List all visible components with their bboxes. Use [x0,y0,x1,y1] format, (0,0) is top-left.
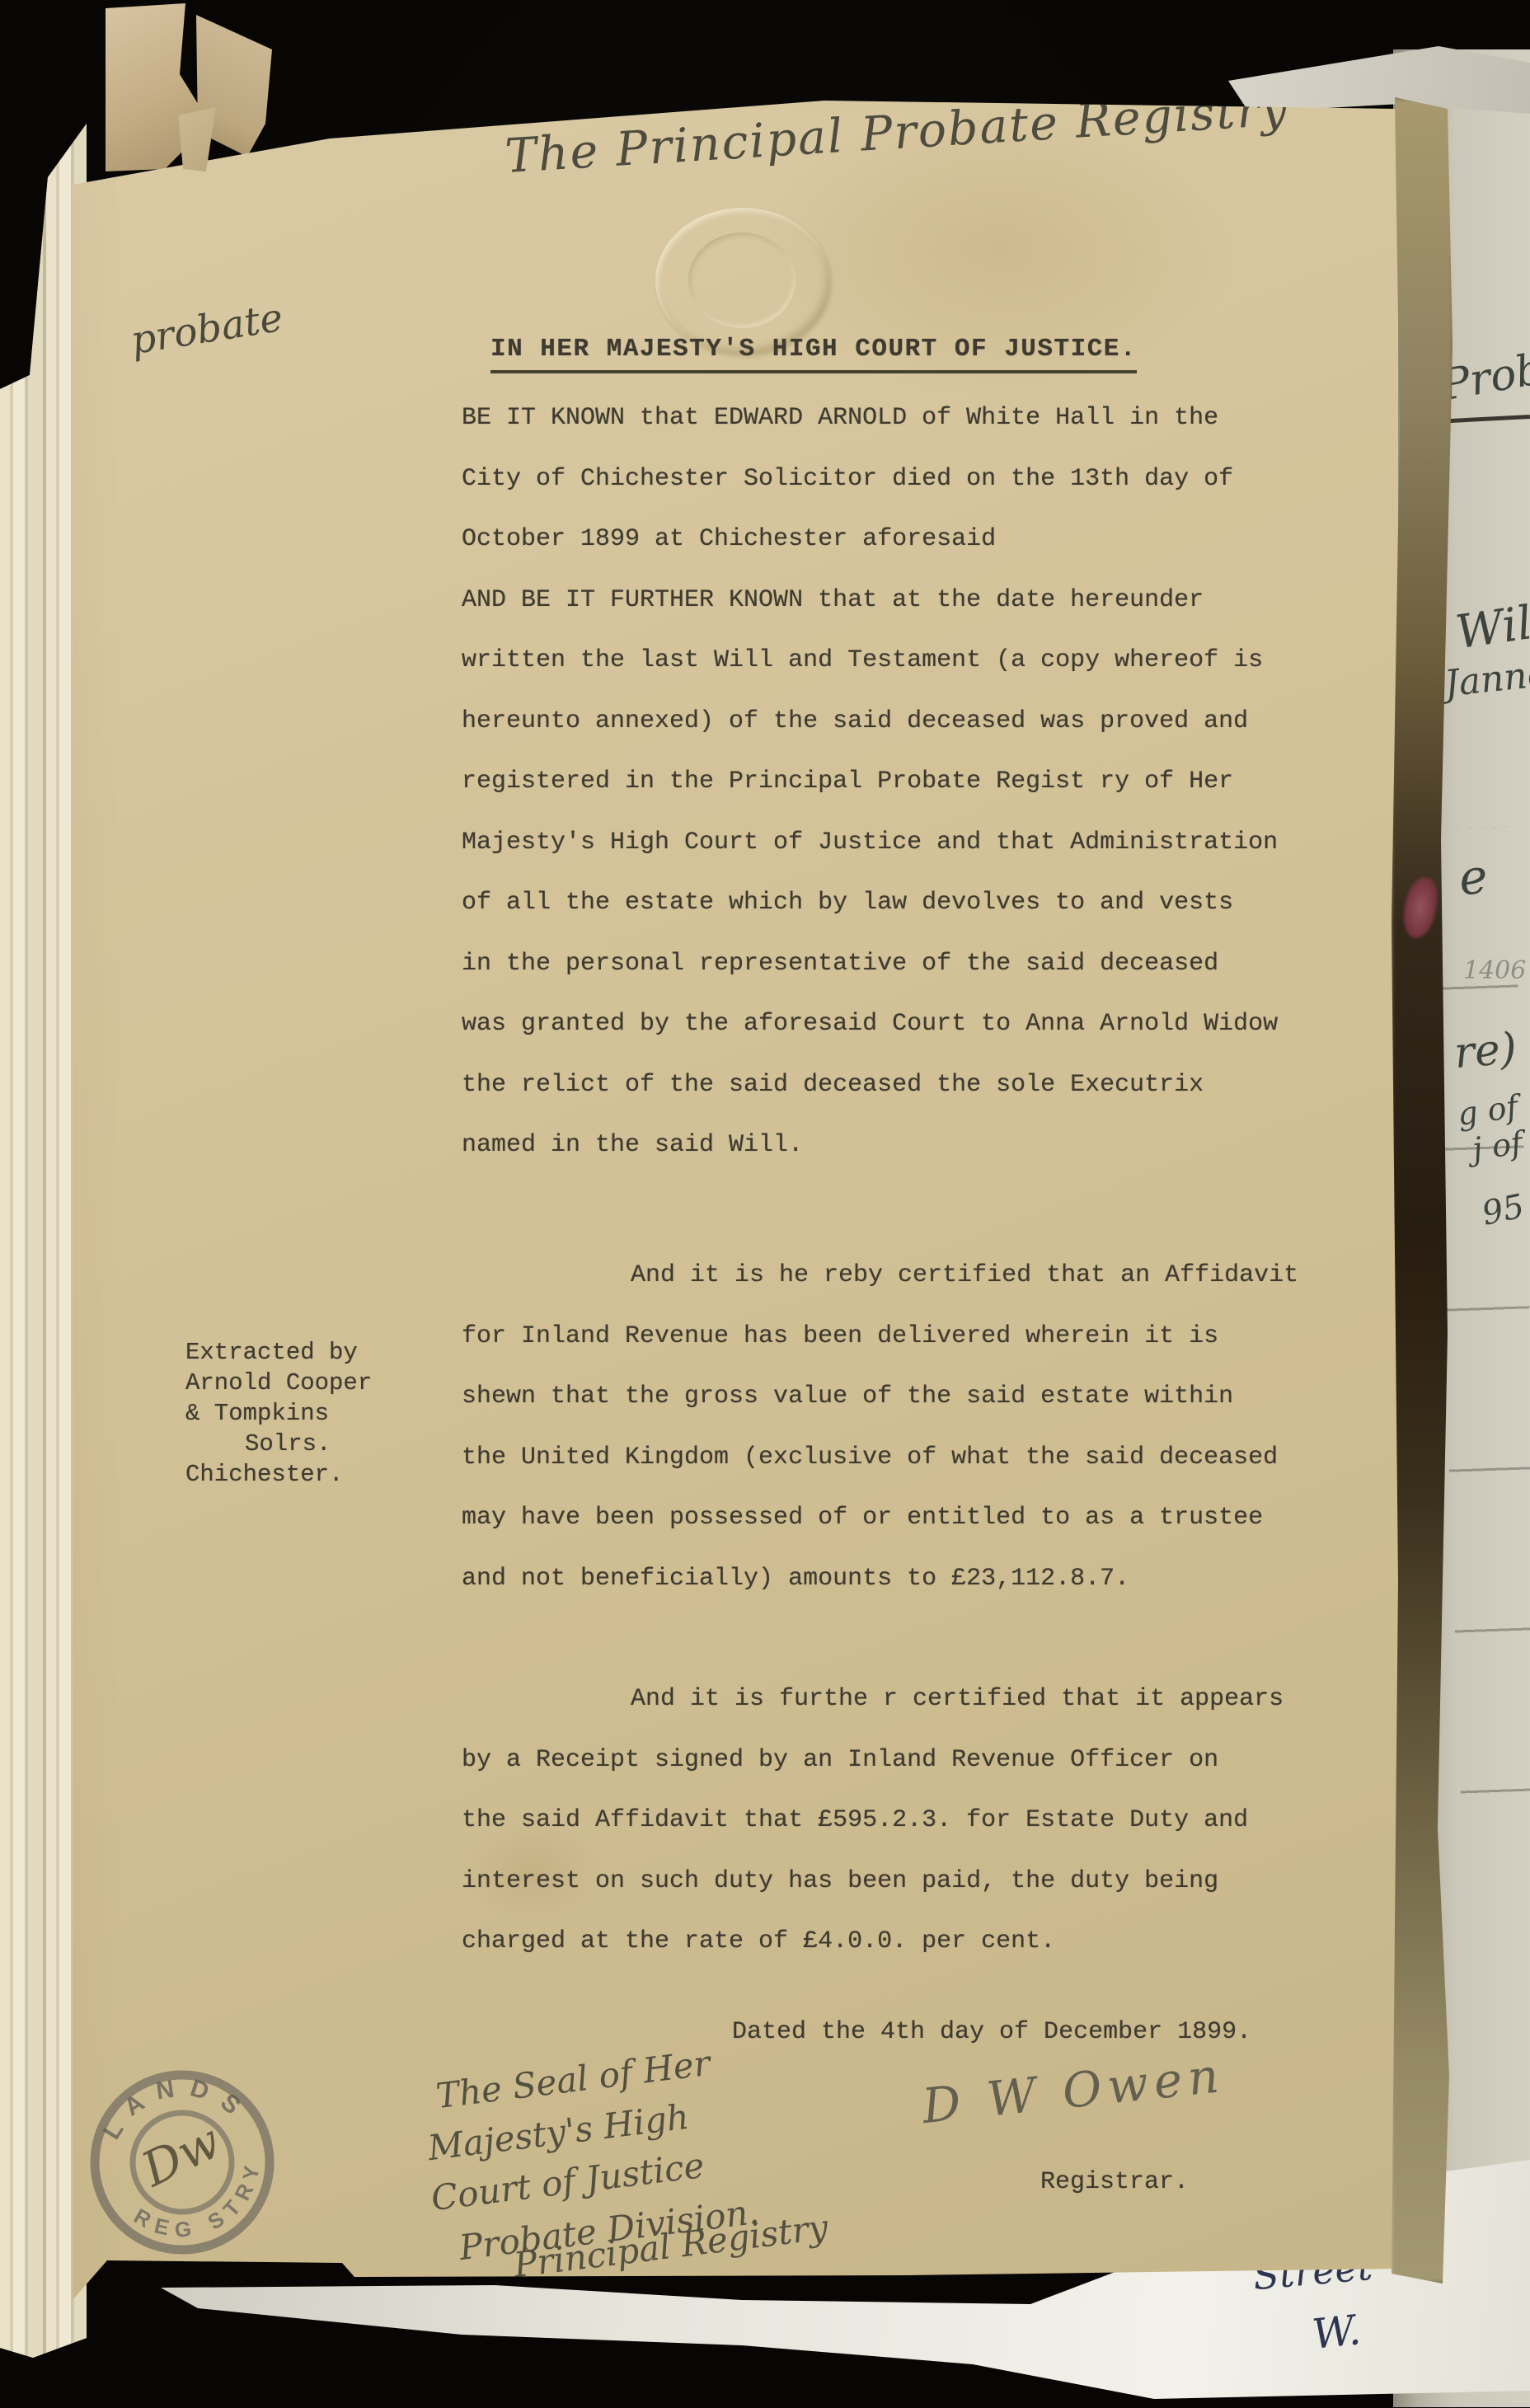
registrar-signature: D W Owen [919,2047,1227,2134]
paragraph-3: And it is furthe r certified that it app… [462,1669,1284,1973]
lands-registry-stamp: LANDS REG STRY Dw [60,2040,305,2285]
margin-note-line: & Tompkins [185,1398,372,1429]
typed-line: and not beneficially) amounts to £23,112… [462,1549,1298,1610]
typed-line: written the last Will and Testament (a c… [462,631,1278,692]
embossed-seal-inner [688,232,796,328]
typed-line: October 1899 at Chichester aforesaid [462,509,1278,570]
typed-line: shewn that the gross value of the said e… [462,1367,1298,1428]
court-heading: IN HER MAJESTY'S HIGH COURT OF JUSTICE. [490,335,1137,373]
typed-line: was granted by the aforesaid Court to An… [462,994,1278,1055]
margin-note-line: Chichester. [185,1459,372,1490]
dated-line: Dated the 4th day of December 1899. [732,2018,1251,2046]
typed-line: in the personal representative of the sa… [462,934,1278,995]
margin-note-line: Arnold Cooper [185,1368,372,1398]
typed-line: City of Chichester Solicitor died on the… [462,449,1278,510]
typed-line: hereunto annexed) of the said deceased w… [462,692,1278,753]
typed-line: named in the said Will. [462,1115,1278,1176]
typed-line: AND BE IT FURTHER KNOWN that at the date… [462,570,1278,631]
typed-line: by a Receipt signed by an Inland Revenue… [462,1730,1284,1791]
typed-line: may have been possessed of or entitled t… [462,1488,1298,1549]
typed-line: And it is he reby certified that an Affi… [462,1246,1298,1307]
typed-line: the United Kingdom (exclusive of what th… [462,1428,1298,1489]
edge-fragment: e [1457,848,1490,907]
paragraph-1: BE IT KNOWN that EDWARD ARNOLD of White … [462,388,1278,1176]
typed-line: for Inland Revenue has been delivered wh… [462,1307,1298,1368]
typed-line: charged at the rate of £4.0.0. per cent. [462,1912,1284,1973]
margin-note-line: Solrs. [185,1429,372,1459]
typed-line: registered in the Principal Probate Regi… [462,752,1278,813]
margin-extract-note: Extracted by Arnold Cooper & Tompkins So… [185,1337,372,1490]
typed-line: the said Affidavit that £595.2.3. for Es… [462,1791,1284,1852]
margin-script-probate: probate [128,295,286,364]
bottom-fragment-w: W. [1310,2306,1363,2359]
typed-line: And it is furthe r certified that it app… [462,1669,1284,1730]
typed-line: BE IT KNOWN that EDWARD ARNOLD of White … [462,388,1278,449]
edge-fragment: re) [1453,1024,1519,1078]
typed-line: of all the estate which by law devolves … [462,873,1278,934]
paragraph-2: And it is he reby certified that an Affi… [462,1246,1298,1609]
margin-note-line: Extracted by [185,1337,372,1368]
typed-line: interest on such duty has been paid, the… [462,1852,1284,1913]
typed-line: Majesty's High Court of Justice and that… [462,813,1278,874]
typed-line: the relict of the said deceased the sole… [462,1055,1278,1116]
scanned-probate-document: Prob Will Janne e 1406 re) g of j of 95 … [0,0,1530,2408]
registrar-label: Registrar. [1040,2168,1189,2196]
script-header: The Principal Probate Registry [504,82,1290,184]
edge-fragment: j of [1470,1124,1524,1167]
edge-fragment: 1406 [1463,956,1526,985]
